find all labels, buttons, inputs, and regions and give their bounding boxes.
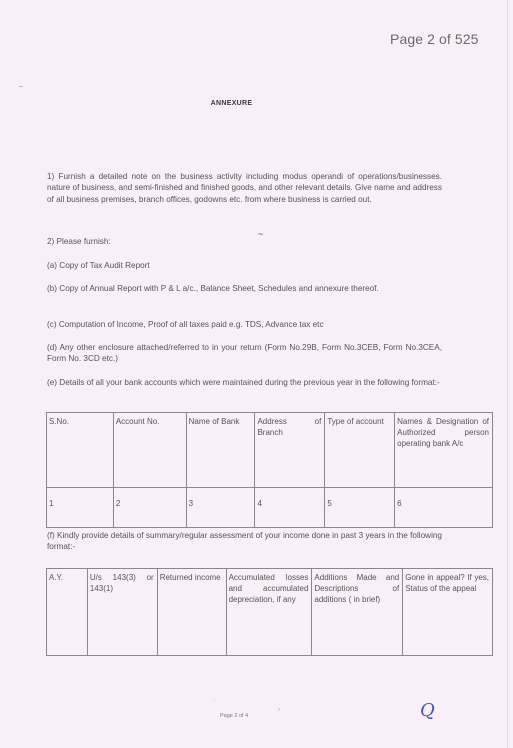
item-b: (b) Copy of Annual Report with P & L a/c…	[47, 283, 442, 294]
page-indicator: Page 2 of 525	[390, 31, 479, 47]
page-edge	[507, 0, 508, 748]
footer-page-label: Page 2 of 4	[220, 713, 248, 719]
table-header-row: S.No. Account No. Name of Bank Address o…	[47, 413, 493, 488]
item-d: (d) Any other enclosure attached/referre…	[47, 342, 442, 365]
paragraph-2: 2) Please furnish:	[47, 236, 442, 247]
table-cell: 5	[325, 488, 395, 528]
table-cell: 2	[113, 488, 186, 528]
paragraph-1: 1) Furnish a detailed note on the busine…	[47, 171, 442, 205]
header-cell: Accumulated losses and accumulated depre…	[226, 569, 312, 656]
table-cell: 3	[186, 488, 255, 528]
scan-mark: ›	[278, 707, 280, 713]
scan-mark: ·	[213, 697, 215, 703]
signature-initial: Q	[420, 700, 435, 721]
header-cell: Additions Made and Descriptions of addit…	[312, 569, 403, 656]
item-c: (c) Computation of Income, Proof of all …	[47, 319, 442, 330]
item-e: (e) Details of all your bank accounts wh…	[47, 377, 442, 388]
header-cell: U/s 143(3) or 143(1)	[87, 569, 157, 656]
bank-accounts-table: S.No. Account No. Name of Bank Address o…	[46, 412, 493, 528]
header-cell: Address of Branch	[255, 413, 325, 488]
header-cell: Type of account	[325, 413, 395, 488]
header-cell: Gone in appeal? If yes, Status of the ap…	[403, 569, 493, 656]
header-cell: Returned income	[157, 569, 226, 656]
item-f: (f) Kindly provide details of summary/re…	[47, 530, 442, 553]
table-row: 1 2 3 4 5 6	[47, 488, 493, 528]
table-cell: 4	[255, 488, 325, 528]
header-cell: A.Y.	[47, 569, 88, 656]
table-cell: 6	[395, 488, 493, 528]
assessment-table: A.Y. U/s 143(3) or 143(1) Returned incom…	[46, 568, 493, 656]
table-cell: 1	[47, 488, 114, 528]
header-cell: S.No.	[47, 413, 114, 488]
header-cell: Account No.	[113, 413, 186, 488]
header-cell: Name of Bank	[186, 413, 255, 488]
table-header-row: A.Y. U/s 143(3) or 143(1) Returned incom…	[47, 569, 493, 656]
scan-mark	[19, 86, 23, 87]
header-cell: Names & Designation of Authorized person…	[395, 413, 493, 488]
document-title: ANNEXURE	[0, 100, 463, 107]
item-a: (a) Copy of Tax Audit Report	[47, 260, 442, 271]
